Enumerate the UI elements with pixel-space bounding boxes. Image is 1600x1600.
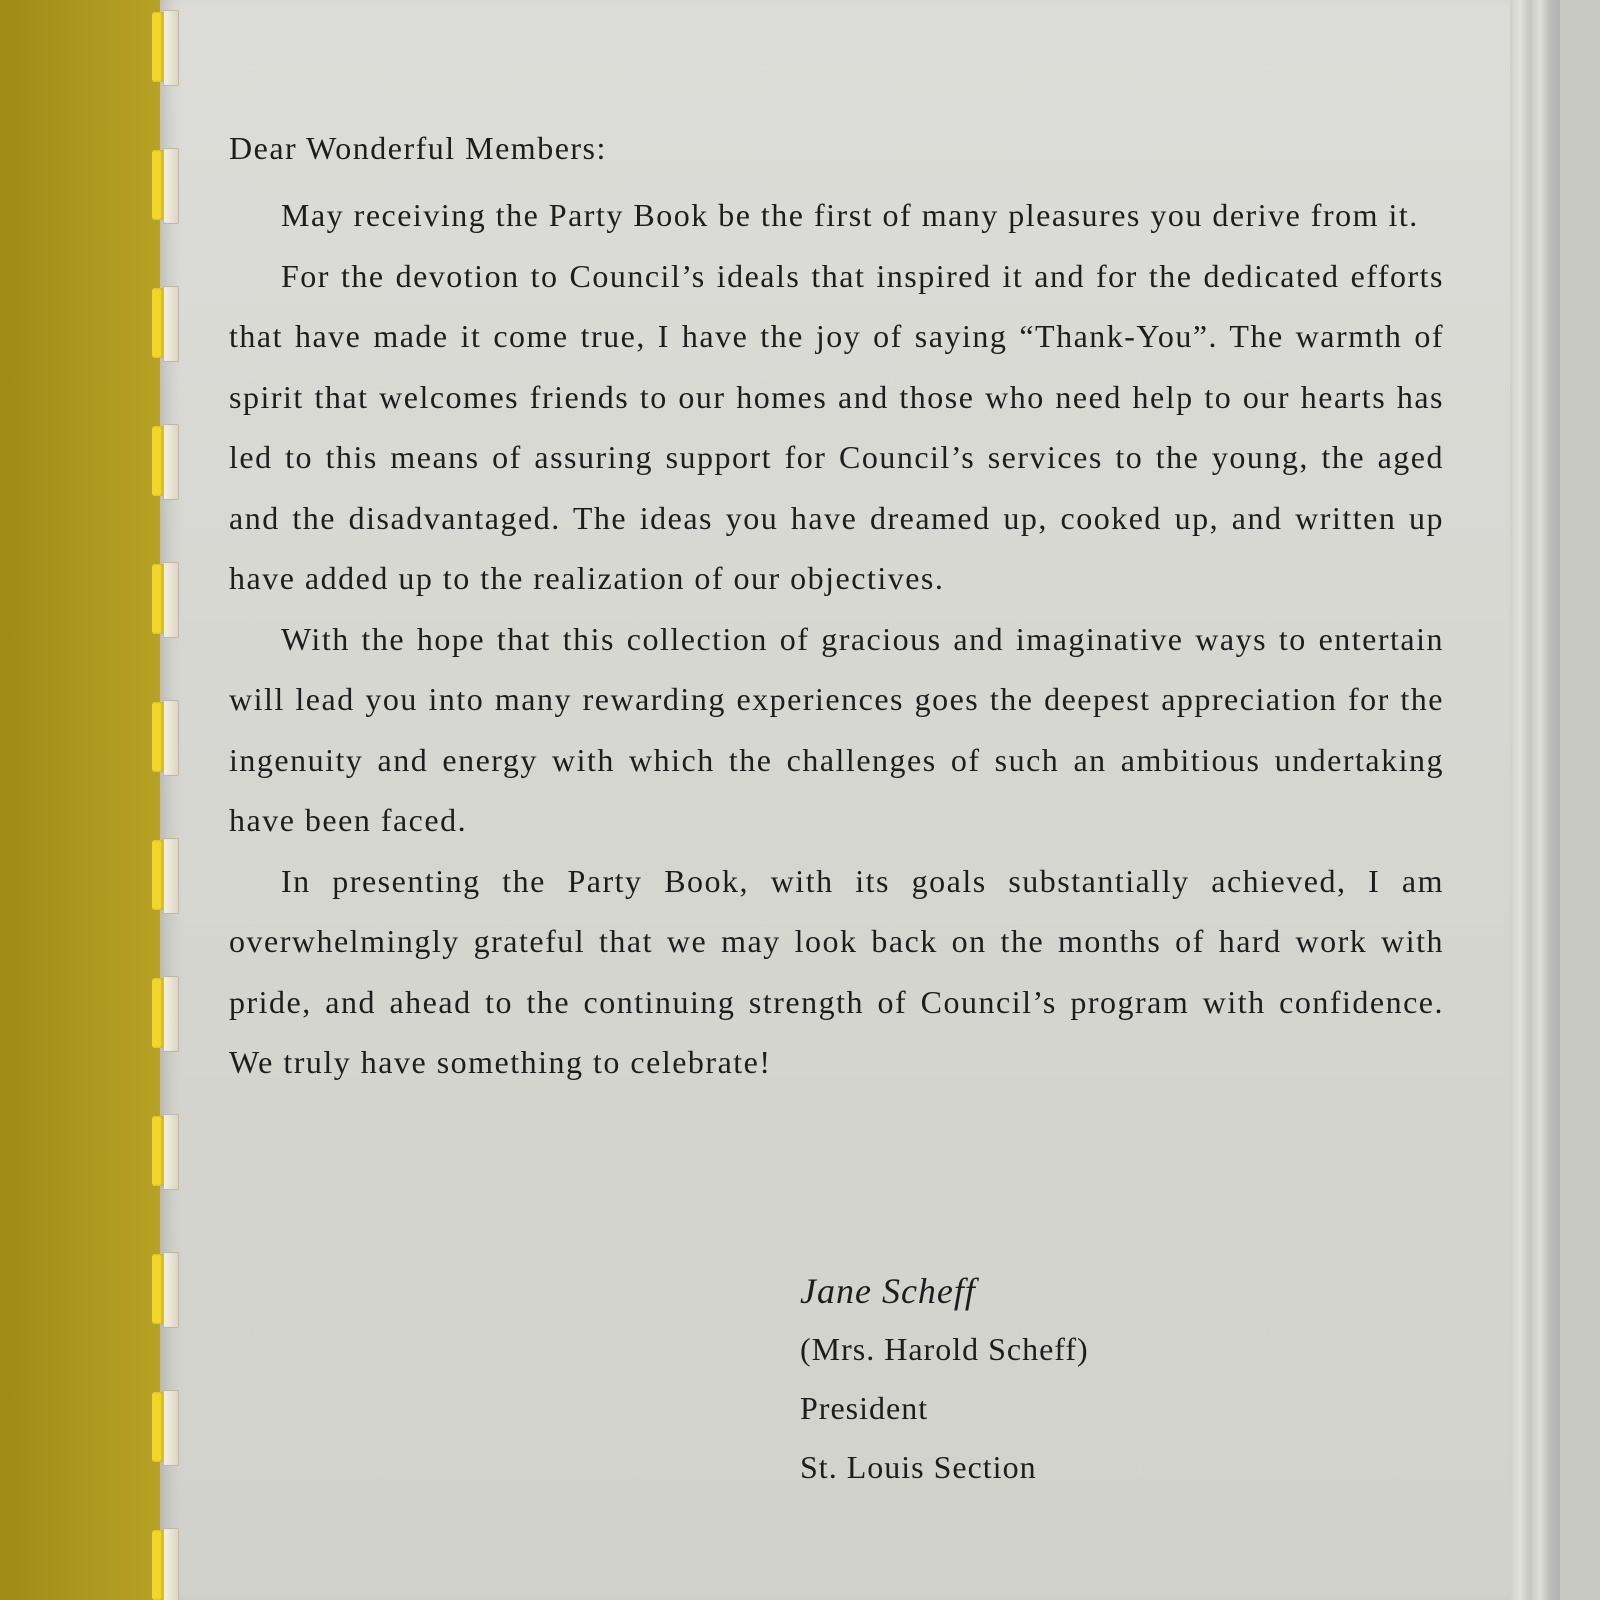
signature-organization: St. Louis Section [800,1438,1089,1497]
binding-coil [152,284,180,362]
paragraph: With the hope that this collection of gr… [229,609,1444,851]
binding-coil [152,698,180,776]
binding-coil [152,8,180,86]
letter-body: Dear Wonderful Members: May receiving th… [229,125,1444,1093]
binding-coil [152,1112,180,1190]
binding-coil [152,1526,180,1600]
binding-coil [152,422,180,500]
binding-coil [152,560,180,638]
signature-block: Jane Scheff (Mrs. Harold Scheff) Preside… [800,1262,1089,1497]
signature-title: President [800,1379,1089,1438]
book-cover [0,0,165,1600]
paragraph: For the devotion to Council’s ideals tha… [229,246,1444,609]
binding-coil [152,974,180,1052]
salutation: Dear Wonderful Members: [229,125,1444,171]
binding-coil [152,1388,180,1466]
signature-name: Jane Scheff [800,1262,1089,1320]
binding-coil [152,836,180,914]
page-edges [1510,0,1560,1600]
binding-coil [152,1250,180,1328]
paragraph: May receiving the Party Book be the firs… [229,185,1444,246]
signature-formal-name: (Mrs. Harold Scheff) [800,1320,1089,1379]
binding-coil [152,146,180,224]
paragraph: In presenting the Party Book, with its g… [229,851,1444,1093]
